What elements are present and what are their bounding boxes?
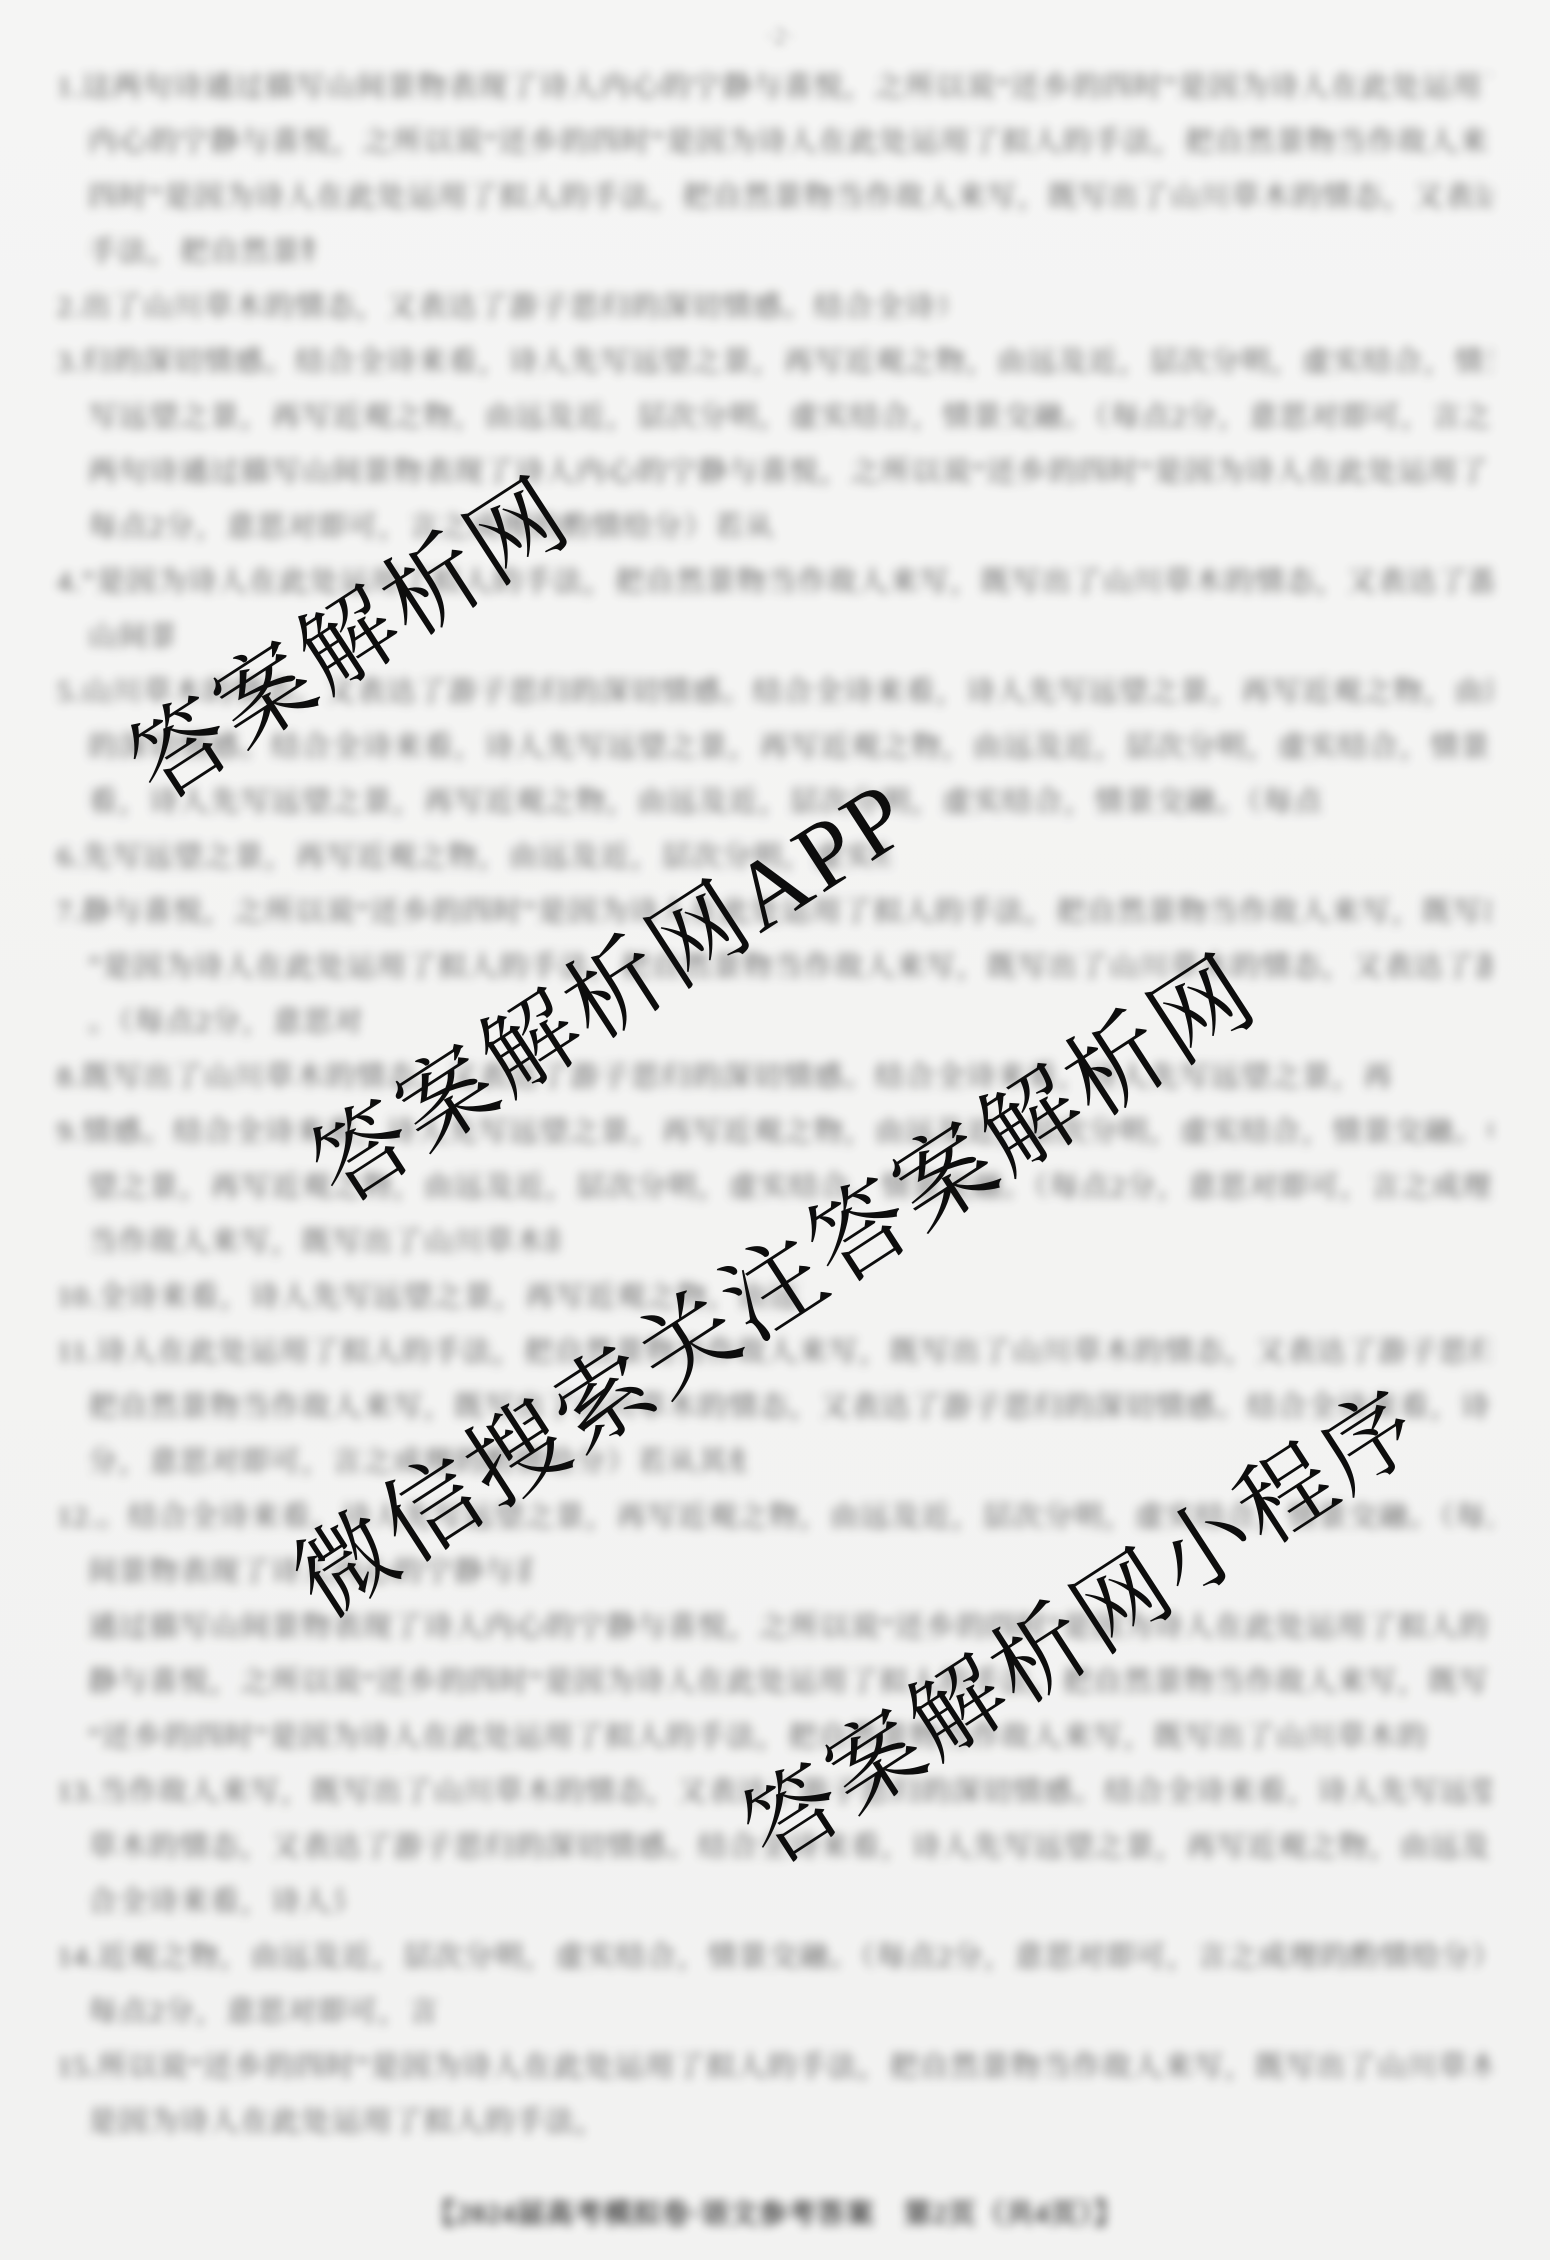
- answer-continuation-line: 合全诗来看，诗人先: [57, 1875, 344, 1930]
- answer-item-line: 1.这两句诗通过描写山间景物表现了诗人内心的宁静与喜悦，之所以说“还乡的四时”是…: [57, 60, 1492, 115]
- answer-item-line: 15.所以说“还乡的四时”是因为诗人在此处运用了拟人的手法，把自然景物当作故人来…: [57, 2040, 1492, 2095]
- answer-item-line: 14.近观之物，由远及近，层次分明，虚实结合，情景交融。（每点2分，意思对即可，…: [57, 1930, 1492, 1985]
- page-number: ·2·: [735, 24, 825, 58]
- answer-continuation-line: 当作故人来写，既写出了山川草木的: [57, 1215, 559, 1270]
- answer-continuation-line: 内心的宁静与喜悦，之所以说“还乡的四时”是因为诗人在此处运用了拟人的手法，把自然…: [57, 115, 1492, 170]
- answer-continuation-line: 。（每点2分，意思对: [57, 995, 373, 1050]
- answer-continuation-line: 通过描写山间景物表现了诗人内心的宁静与喜悦，之所以说“还乡的四时”是因为诗人在此…: [57, 1600, 1492, 1655]
- answer-continuation-line: 看，诗人先写远望之景，再写近观之物，由远及近，层次分明，虚实结合，情景交融。（每…: [57, 775, 1320, 830]
- answer-item-line: 9.情感。结合全诗来看，诗人先写远望之景，再写近观之物，由远及近，层次分明，虚实…: [57, 1105, 1492, 1160]
- page-footer: 【2024届高考模拟卷·语文参考答案 第2页（共4页）】: [0, 2192, 1550, 2232]
- answer-continuation-line: 手法，把自然景物: [57, 225, 315, 280]
- answer-item-line: 2.出了山川草木的情态，又表达了游子思归的深切情感。结合全诗来看: [57, 280, 947, 335]
- answer-continuation-line: 写远望之景，再写近观之物，由远及近，层次分明，虚实结合，情景交融。（每点2分，意…: [57, 390, 1492, 445]
- answer-continuation-line: 每点2分，意思对即可，言: [57, 1985, 459, 2040]
- answer-continuation-line: 两句诗通过描写山间景物表现了诗人内心的宁静与喜悦，之所以说“还乡的四时”是因为诗…: [57, 445, 1492, 500]
- answer-continuation-line: 是因为诗人在此处运用了拟人的手法，: [57, 2095, 602, 2150]
- document-page: ·2· 1.这两句诗通过描写山间景物表现了诗人内心的宁静与喜悦，之所以说“还乡的…: [0, 0, 1550, 2260]
- answer-item-line: 3.归的深切情感。结合全诗来看，诗人先写远望之景，再写近观之物，由远及近，层次分…: [57, 335, 1492, 390]
- answer-continuation-line: 静与喜悦，之所以说“还乡的四时”是因为诗人在此处运用了拟人的手法，把自然景物当作…: [57, 1655, 1492, 1710]
- answer-continuation-line: 四时”是因为诗人在此处运用了拟人的手法，把自然景物当作故人来写，既写出了山川草木…: [57, 170, 1492, 225]
- answer-continuation-line: 山间景: [57, 610, 172, 665]
